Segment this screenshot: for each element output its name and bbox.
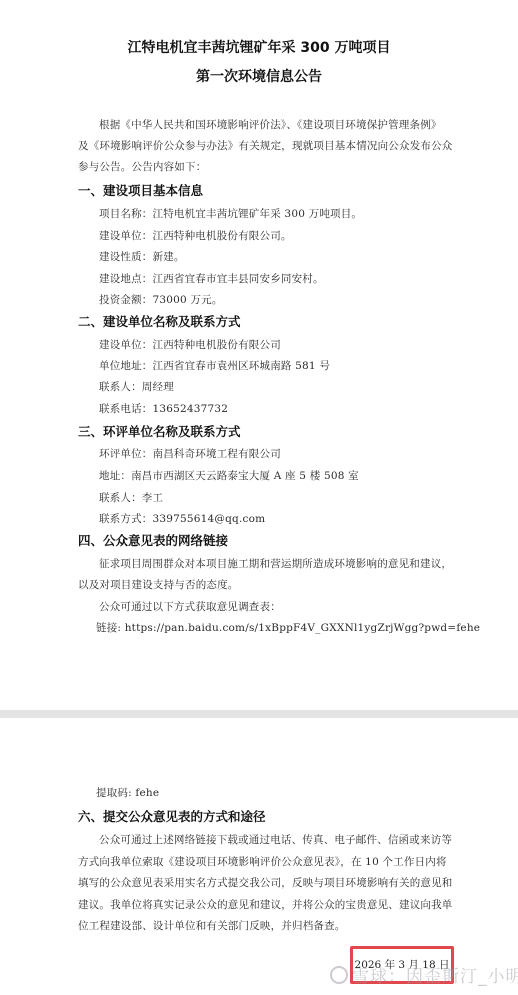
paragraph-line: 方式向我单位索取《建设项目环境影响评价公众意见表》，在 10 个工作日内将 <box>78 854 447 869</box>
intro-line: 及《环境影响评价公众参与办法》有关规定，现就项目基本情况向公众发布公众 <box>78 138 453 153</box>
info-line: 联系方式：339755614@qq.com <box>99 511 265 526</box>
section-heading: 一、建设项目基本信息 <box>78 181 203 199</box>
info-line: 联系人：周经理 <box>99 379 174 394</box>
page-separator <box>0 710 518 718</box>
paragraph-line: 以及对项目建设支持与否的态度。 <box>78 577 239 592</box>
survey-link[interactable]: https://pan.baidu.com/s/1xBppF4V_GXXNl1y… <box>125 622 481 634</box>
paragraph-line: 征求项目周围群众对本项目施工期和营运期所造成环境影响的意见和建议， <box>99 556 452 571</box>
info-line: 联系人：李工 <box>99 490 163 505</box>
xueqiu-logo-icon <box>330 966 348 984</box>
document-subtitle: 第一次环境信息公告 <box>0 66 518 86</box>
watermark: 雪球：因歪斯汀_小明 <box>330 962 518 987</box>
info-line: 地址：南昌市西湖区天云路泰宝大厦 A 座 5 楼 508 室 <box>99 468 359 483</box>
info-line: 建设地点：江西省宜春市宜丰县同安乡同安村。 <box>99 271 324 286</box>
extract-code: 提取码: fehe <box>96 785 159 800</box>
paragraph-line: 公众可通过以下方式获取意见调查表： <box>99 599 281 614</box>
info-line: 建设单位：江西特种电机股份有限公司 <box>99 337 281 352</box>
info-line: 项目名称：江特电机宜丰茜坑锂矿年采 300 万吨项目。 <box>99 206 362 221</box>
intro-line: 根据《中华人民共和国环境影响评价法》、《建设项目环境保护管理条例》 <box>99 117 442 132</box>
info-line: 联系电话：13652437732 <box>99 401 228 416</box>
paragraph-line: 位工程建设部、设计单位和有关部门反映，并归档备查。 <box>78 918 346 933</box>
intro-line: 参与公告。公告内容如下： <box>78 159 206 174</box>
paragraph-line: 公众可通过上述网络链接下载或通过电话、传真、电子邮件、信函或来访等 <box>99 832 452 847</box>
paragraph-line: 建议。我单位将真实记录公众的意见和建议，并将公众的宝贵意见、建议向我单 <box>78 897 453 912</box>
info-line: 建设性质：新建。 <box>99 249 185 264</box>
info-line: 环评单位：南昌科奇环境工程有限公司 <box>99 446 281 461</box>
section-heading: 六、提交公众意见表的方式和途径 <box>78 807 266 825</box>
paragraph-line: 填写的公众意见表采用实名方式提交我公司，反映与项目环境影响有关的意见和 <box>78 875 453 890</box>
section-heading: 二、建设单位名称及联系方式 <box>78 312 241 330</box>
link-label: 链接: <box>96 622 125 634</box>
survey-link-line: 链接: https://pan.baidu.com/s/1xBppF4V_GXX… <box>96 620 480 635</box>
document-title: 江特电机宜丰茜坑锂矿年采 300 万吨项目 <box>0 37 518 57</box>
section-heading: 三、环评单位名称及联系方式 <box>78 422 241 440</box>
section-heading: 四、公众意见表的网络链接 <box>78 531 228 549</box>
info-line: 建设单位：江西特种电机股份有限公司。 <box>99 228 292 243</box>
info-line: 单位地址：江西省宜春市袁州区环城南路 581 号 <box>99 358 330 373</box>
watermark-text: 雪球：因歪斯汀_小明 <box>352 967 518 987</box>
info-line: 投资金额：73000 万元。 <box>99 292 223 307</box>
